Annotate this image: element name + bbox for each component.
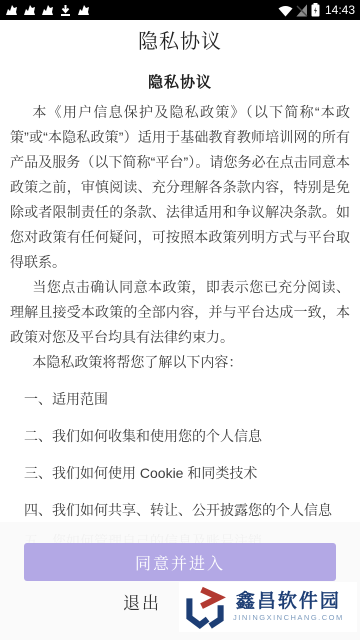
- agree-button[interactable]: 同意并进入: [24, 543, 336, 581]
- notification-icons: [5, 4, 90, 17]
- privacy-paragraph: 本《用户信息保护及隐私政策》（以下简称“本政策”或“本隐私政策”）适用于基础教育…: [10, 100, 350, 275]
- privacy-paragraph: 本隐私政策将帮您了解以下内容：: [10, 350, 350, 375]
- wifi-icon: [278, 4, 293, 17]
- privacy-paragraph: 当您点击确认同意本政策，即表示您已充分阅读、理解且接受本政策的全部内容，并与平台…: [10, 275, 350, 350]
- toc-item: 四、我们如何共享、转让、公开披露您的个人信息: [10, 498, 350, 523]
- watermark-name: 鑫昌软件园: [236, 591, 341, 613]
- watermark-logo-icon: [179, 583, 231, 631]
- toc-item: 三、我们如何使用 Cookie 和同类技术: [10, 461, 350, 486]
- status-bar: 14:43: [0, 0, 360, 20]
- app-notification-icon: [77, 4, 90, 17]
- watermark-domain: JININGXINCHANG.COM: [233, 613, 344, 623]
- battery-icon: [311, 3, 320, 17]
- app-notification-icon: [5, 4, 18, 17]
- app-notification-icon: [41, 4, 54, 17]
- no-sim-icon: [296, 4, 308, 17]
- toc-item: 一、适用范围: [10, 387, 350, 412]
- page-title: 隐私协议: [0, 20, 360, 58]
- app-notification-icon: [23, 4, 36, 17]
- status-time: 14:43: [323, 0, 355, 20]
- watermark: 鑫昌软件园 JININGXINCHANG.COM: [179, 582, 357, 632]
- exit-button[interactable]: 退出: [113, 589, 171, 613]
- watermark-text: 鑫昌软件园 JININGXINCHANG.COM: [233, 591, 344, 623]
- toc-item: 二、我们如何收集和使用您的个人信息: [10, 424, 350, 449]
- privacy-heading: 隐私协议: [10, 71, 350, 92]
- system-status-icons: 14:43: [278, 0, 355, 20]
- download-icon: [59, 4, 72, 17]
